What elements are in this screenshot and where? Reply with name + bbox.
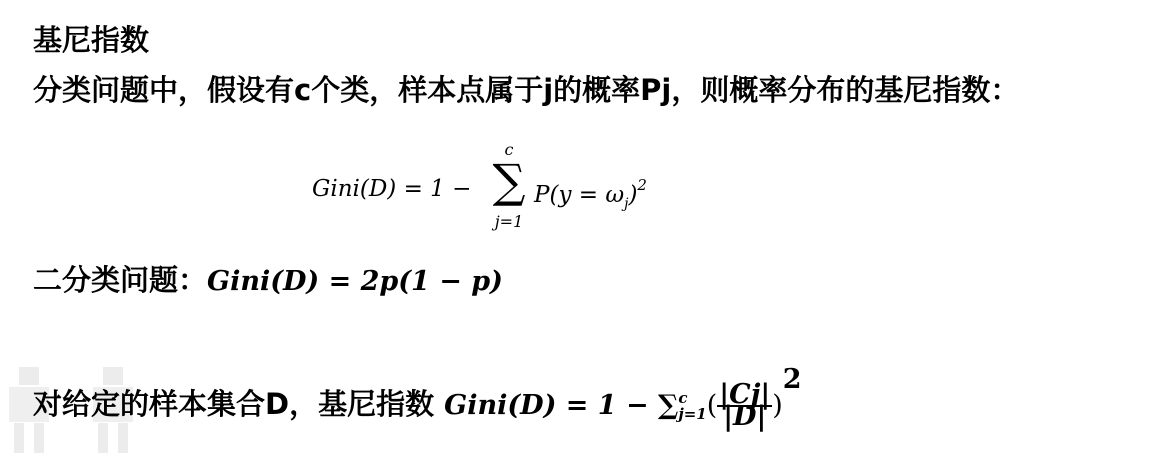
rhs-main: P(y = ω xyxy=(534,182,624,208)
sample-formula-prefix: Gini(D) = 1 − ∑ xyxy=(444,390,678,421)
sample-power: 2 xyxy=(783,364,802,395)
formula-rhs: P(y = ωj)2 xyxy=(534,176,647,212)
sample-sum-upper: c xyxy=(678,390,706,406)
right-paren: ) xyxy=(772,390,783,421)
fraction: |Cj||D| xyxy=(717,385,772,427)
binary-case: 二分类问题：Gini(D) = 2p(1 − p) xyxy=(33,258,503,299)
sample-set-label: 对给定的样本集合D，基尼指数 xyxy=(33,387,444,421)
sample-set-gini: 对给定的样本集合D，基尼指数 Gini(D) = 1 − ∑cj=1(|Cj||… xyxy=(33,382,802,427)
binary-label: 二分类问题： xyxy=(33,263,207,297)
page-heading: 基尼指数 xyxy=(33,18,149,59)
intro-text: 分类问题中，假设有c个类，样本点属于j的概率Pj，则概率分布的基尼指数： xyxy=(33,68,1019,109)
sample-sum-lower: j=1 xyxy=(678,406,706,422)
left-paren: ( xyxy=(707,390,718,421)
rhs-power: 2 xyxy=(637,176,647,194)
binary-formula: Gini(D) = 2p(1 − p) xyxy=(207,266,503,297)
formula-lhs: Gini(D) = 1 − xyxy=(312,176,471,202)
fraction-denominator: |D| xyxy=(717,407,772,427)
sum-lower-limit: j=1 xyxy=(484,212,534,231)
sigma-symbol: ∑ xyxy=(484,156,534,206)
